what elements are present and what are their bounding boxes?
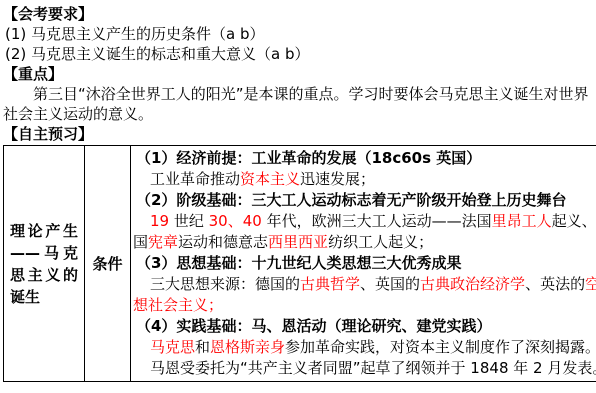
exam-requirement-item-2: (2) 马克思主义诞生的标志和重大意义（a b）: [3, 44, 594, 64]
content-line: 三大思想来源：德国的古典哲学、英国的古典政治经济学、英法的空: [133, 274, 595, 295]
content-line: （1）经济前提：工业革命的发展（18c60s 英国）: [133, 148, 595, 169]
exam-requirements-title: 【会考要求】: [3, 4, 594, 24]
topic-label: 理论产生——马克思主义的诞生: [10, 220, 78, 308]
content-line: （4）实践基础：马、恩活动（理论研究、建党实践）: [133, 316, 595, 337]
condition-label: 条件: [85, 253, 130, 274]
content-line: 马恩受委托为“共产主义者同盟”起草了纲领并于 1848 年 2 月发表。: [133, 358, 595, 379]
content-line: 马克思和恩格斯亲身参加革命实践，对资本主义制度作了深刻揭露。: [133, 337, 595, 358]
key-points-title: 【重点】: [3, 64, 594, 84]
content-line: 工业革命推动资本主义迅速发展；: [133, 169, 595, 190]
exam-requirements-section: 【会考要求】 (1) 马克思主义产生的历史条件（a b） (2) 马克思主义诞生…: [3, 4, 594, 64]
key-points-section: 【重点】 第三目“沐浴全世界工人的阳光”是本课的重点。学习时要体会马克思主义诞生…: [3, 64, 594, 124]
content-line: 国宪章运动和德意志西里西亚纺织工人起义；: [133, 232, 595, 253]
table-cell-condition: 条件: [85, 146, 131, 382]
exam-requirement-item-1: (1) 马克思主义产生的历史条件（a b）: [3, 24, 594, 44]
table-content-cell: （1）经济前提：工业革命的发展（18c60s 英国）工业革命推动资本主义迅速发展…: [131, 146, 596, 381]
table-row: 理论产生——马克思主义的诞生 条件 （1）经济前提：工业革命的发展（18c60s…: [4, 146, 596, 382]
content-line: 想社会主义；: [133, 295, 595, 316]
self-study-section: 【自主预习】 理论产生——马克思主义的诞生 条件 （1）经济前提：工业革命的发展…: [3, 124, 594, 382]
content-line: （3）思想基础：十九世纪人类思想三大优秀成果: [133, 253, 595, 274]
table-cell-topic: 理论产生——马克思主义的诞生: [4, 146, 85, 382]
content-line: 19 世纪 30、40 年代，欧洲三大工人运动——法国里昂工人起义、英: [133, 211, 595, 232]
self-study-title: 【自主预习】: [3, 124, 594, 144]
worksheet-page: 【会考要求】 (1) 马克思主义产生的历史条件（a b） (2) 马克思主义诞生…: [0, 0, 596, 382]
key-points-paragraph: 第三目“沐浴全世界工人的阳光”是本课的重点。学习时要体会马克思主义诞生对世界社会…: [3, 84, 594, 124]
content-line: （2）阶级基础：三大工人运动标志着无产阶级开始登上历史舞台: [133, 190, 595, 211]
self-study-table: 理论产生——马克思主义的诞生 条件 （1）经济前提：工业革命的发展（18c60s…: [3, 145, 596, 382]
table-cell-content: （1）经济前提：工业革命的发展（18c60s 英国）工业革命推动资本主义迅速发展…: [131, 146, 596, 382]
